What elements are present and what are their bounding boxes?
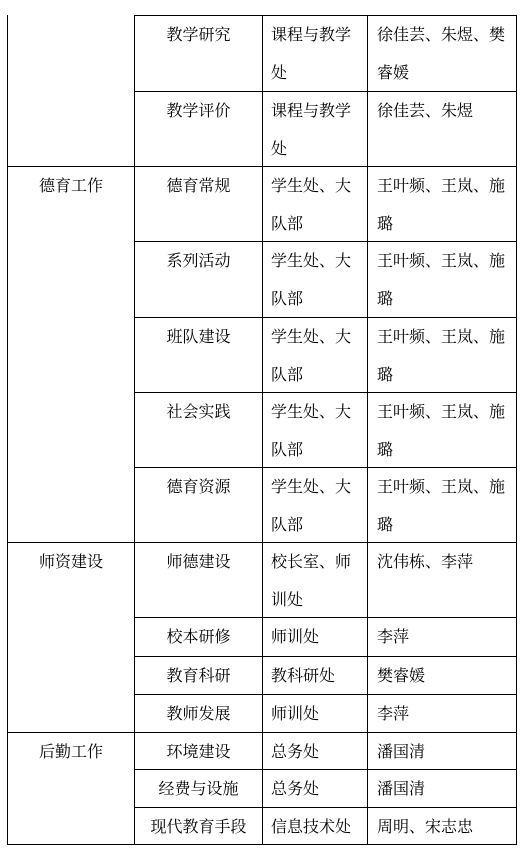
row-divider: [7, 166, 135, 167]
department-cell-text: 校长室、师训处: [271, 543, 365, 619]
persons-cell-text: 樊睿媛: [377, 657, 514, 695]
item-cell-text: 教师发展: [135, 695, 262, 733]
row-divider: [134, 807, 517, 808]
row-divider: [134, 542, 517, 543]
item-cell-text: 德育常规: [135, 167, 262, 205]
department-cell: 学生处、大队部: [263, 167, 367, 241]
row-divider: [134, 617, 517, 618]
item-cell: 德育常规: [135, 167, 262, 241]
department-cell: 教科研处: [263, 657, 367, 694]
persons-cell: 李萍: [368, 618, 516, 656]
department-cell: 学生处、大队部: [263, 242, 367, 317]
row-divider: [134, 769, 517, 770]
persons-cell: 周明、宋志忠: [368, 808, 516, 844]
persons-cell-text: 李萍: [377, 695, 514, 733]
item-cell-text: 环境建设: [135, 733, 262, 771]
item-cell-text: 系列活动: [135, 242, 262, 280]
item-cell: 师德建设: [135, 543, 262, 617]
department-cell-text: 学生处、大队部: [271, 318, 365, 394]
category-cell: 后勤工作: [8, 733, 134, 844]
persons-cell: 王叶频、王岚、施璐: [368, 242, 516, 317]
item-cell: 教育科研: [135, 657, 262, 694]
item-cell: 环境建设: [135, 733, 262, 769]
department-cell: 课程与教学处: [263, 16, 367, 91]
item-cell-text: 班队建设: [135, 318, 262, 356]
item-cell-text: 经费与设施: [135, 770, 262, 808]
persons-cell-text: 徐佳芸、朱煜、樊睿媛: [377, 16, 514, 92]
persons-cell: 王叶频、王岚、施璐: [368, 167, 516, 241]
department-cell: 总务处: [263, 733, 367, 769]
item-cell: 教学研究: [135, 16, 262, 91]
item-cell: 经费与设施: [135, 770, 262, 807]
item-cell-text: 校本研修: [135, 618, 262, 656]
persons-cell: 王叶频、王岚、施璐: [368, 468, 516, 542]
persons-cell-text: 徐佳芸、朱煜: [377, 92, 514, 130]
persons-cell-text: 王叶频、王岚、施璐: [377, 393, 514, 469]
persons-cell: 樊睿媛: [368, 657, 516, 694]
persons-cell-text: 王叶频、王岚、施璐: [377, 468, 514, 544]
persons-cell: 王叶频、王岚、施璐: [368, 393, 516, 467]
item-cell-text: 德育资源: [135, 468, 262, 506]
row-divider: [134, 317, 517, 318]
column-divider: [7, 15, 8, 845]
item-cell: 班队建设: [135, 318, 262, 392]
department-cell: 信息技术处: [263, 808, 367, 844]
item-cell-text: 社会实践: [135, 393, 262, 431]
row-divider: [134, 656, 517, 657]
column-divider: [134, 15, 135, 845]
department-cell-text: 课程与教学处: [271, 92, 365, 168]
category-cell: 德育工作: [8, 167, 134, 542]
row-divider: [134, 241, 517, 242]
department-cell-text: 师训处: [271, 618, 365, 656]
category-cell-text: 师资建设: [8, 543, 134, 581]
persons-cell: 李萍: [368, 695, 516, 732]
category-cell-text: 后勤工作: [8, 733, 134, 771]
row-divider: [7, 542, 135, 543]
department-cell: 学生处、大队部: [263, 393, 367, 467]
persons-cell-text: 潘国清: [377, 733, 514, 771]
item-cell: 系列活动: [135, 242, 262, 317]
row-divider: [134, 694, 517, 695]
persons-cell: 沈伟栋、李萍: [368, 543, 516, 617]
row-divider: [134, 392, 517, 393]
row-divider: [134, 732, 517, 733]
persons-cell-text: 王叶频、王岚、施璐: [377, 167, 514, 243]
column-divider: [262, 15, 263, 845]
item-cell-text: 现代教育手段: [135, 808, 262, 846]
department-cell: 学生处、大队部: [263, 468, 367, 542]
department-cell: 师训处: [263, 695, 367, 732]
persons-cell-text: 王叶频、王岚、施璐: [377, 242, 514, 318]
department-cell-text: 教科研处: [271, 657, 365, 695]
item-cell-text: 师德建设: [135, 543, 262, 581]
item-cell: 教师发展: [135, 695, 262, 732]
department-cell-text: 学生处、大队部: [271, 468, 365, 544]
item-cell-text: 教学研究: [135, 16, 262, 54]
row-divider: [7, 732, 135, 733]
department-cell-text: 信息技术处: [271, 808, 365, 846]
item-cell: 教学评价: [135, 92, 262, 166]
department-cell: 总务处: [263, 770, 367, 807]
department-cell-text: 师训处: [271, 695, 365, 733]
persons-cell-text: 李萍: [377, 618, 514, 656]
department-cell-text: 学生处、大队部: [271, 242, 365, 318]
category-cell-text: 德育工作: [8, 167, 134, 205]
item-cell: 德育资源: [135, 468, 262, 542]
department-cell: 学生处、大队部: [263, 318, 367, 392]
persons-cell-text: 沈伟栋、李萍: [377, 543, 514, 581]
category-cell: [8, 16, 134, 166]
row-divider: [134, 91, 517, 92]
department-cell-text: 课程与教学处: [271, 16, 365, 92]
department-cell-text: 学生处、大队部: [271, 167, 365, 243]
item-cell-text: 教学评价: [135, 92, 262, 130]
column-divider: [516, 15, 517, 845]
department-cell-text: 学生处、大队部: [271, 393, 365, 469]
persons-cell-text: 潘国清: [377, 770, 514, 808]
row-divider: [134, 467, 517, 468]
persons-cell: 潘国清: [368, 770, 516, 807]
item-cell: 社会实践: [135, 393, 262, 467]
persons-cell: 王叶频、王岚、施璐: [368, 318, 516, 392]
persons-cell: 徐佳芸、朱煜、樊睿媛: [368, 16, 516, 91]
responsibility-table: 教学研究课程与教学处徐佳芸、朱煜、樊睿媛教学评价课程与教学处徐佳芸、朱煜德育工作…: [0, 0, 522, 852]
row-divider: [134, 15, 517, 16]
row-divider: [134, 166, 517, 167]
department-cell-text: 总务处: [271, 733, 365, 771]
category-cell: 师资建设: [8, 543, 134, 732]
department-cell: 课程与教学处: [263, 92, 367, 166]
department-cell: 师训处: [263, 618, 367, 656]
persons-cell-text: 王叶频、王岚、施璐: [377, 318, 514, 394]
column-divider: [367, 15, 368, 845]
persons-cell-text: 周明、宋志忠: [377, 808, 514, 846]
item-cell: 校本研修: [135, 618, 262, 656]
persons-cell: 徐佳芸、朱煜: [368, 92, 516, 166]
item-cell-text: 教育科研: [135, 657, 262, 695]
department-cell: 校长室、师训处: [263, 543, 367, 617]
department-cell-text: 总务处: [271, 770, 365, 808]
item-cell: 现代教育手段: [135, 808, 262, 844]
persons-cell: 潘国清: [368, 733, 516, 769]
